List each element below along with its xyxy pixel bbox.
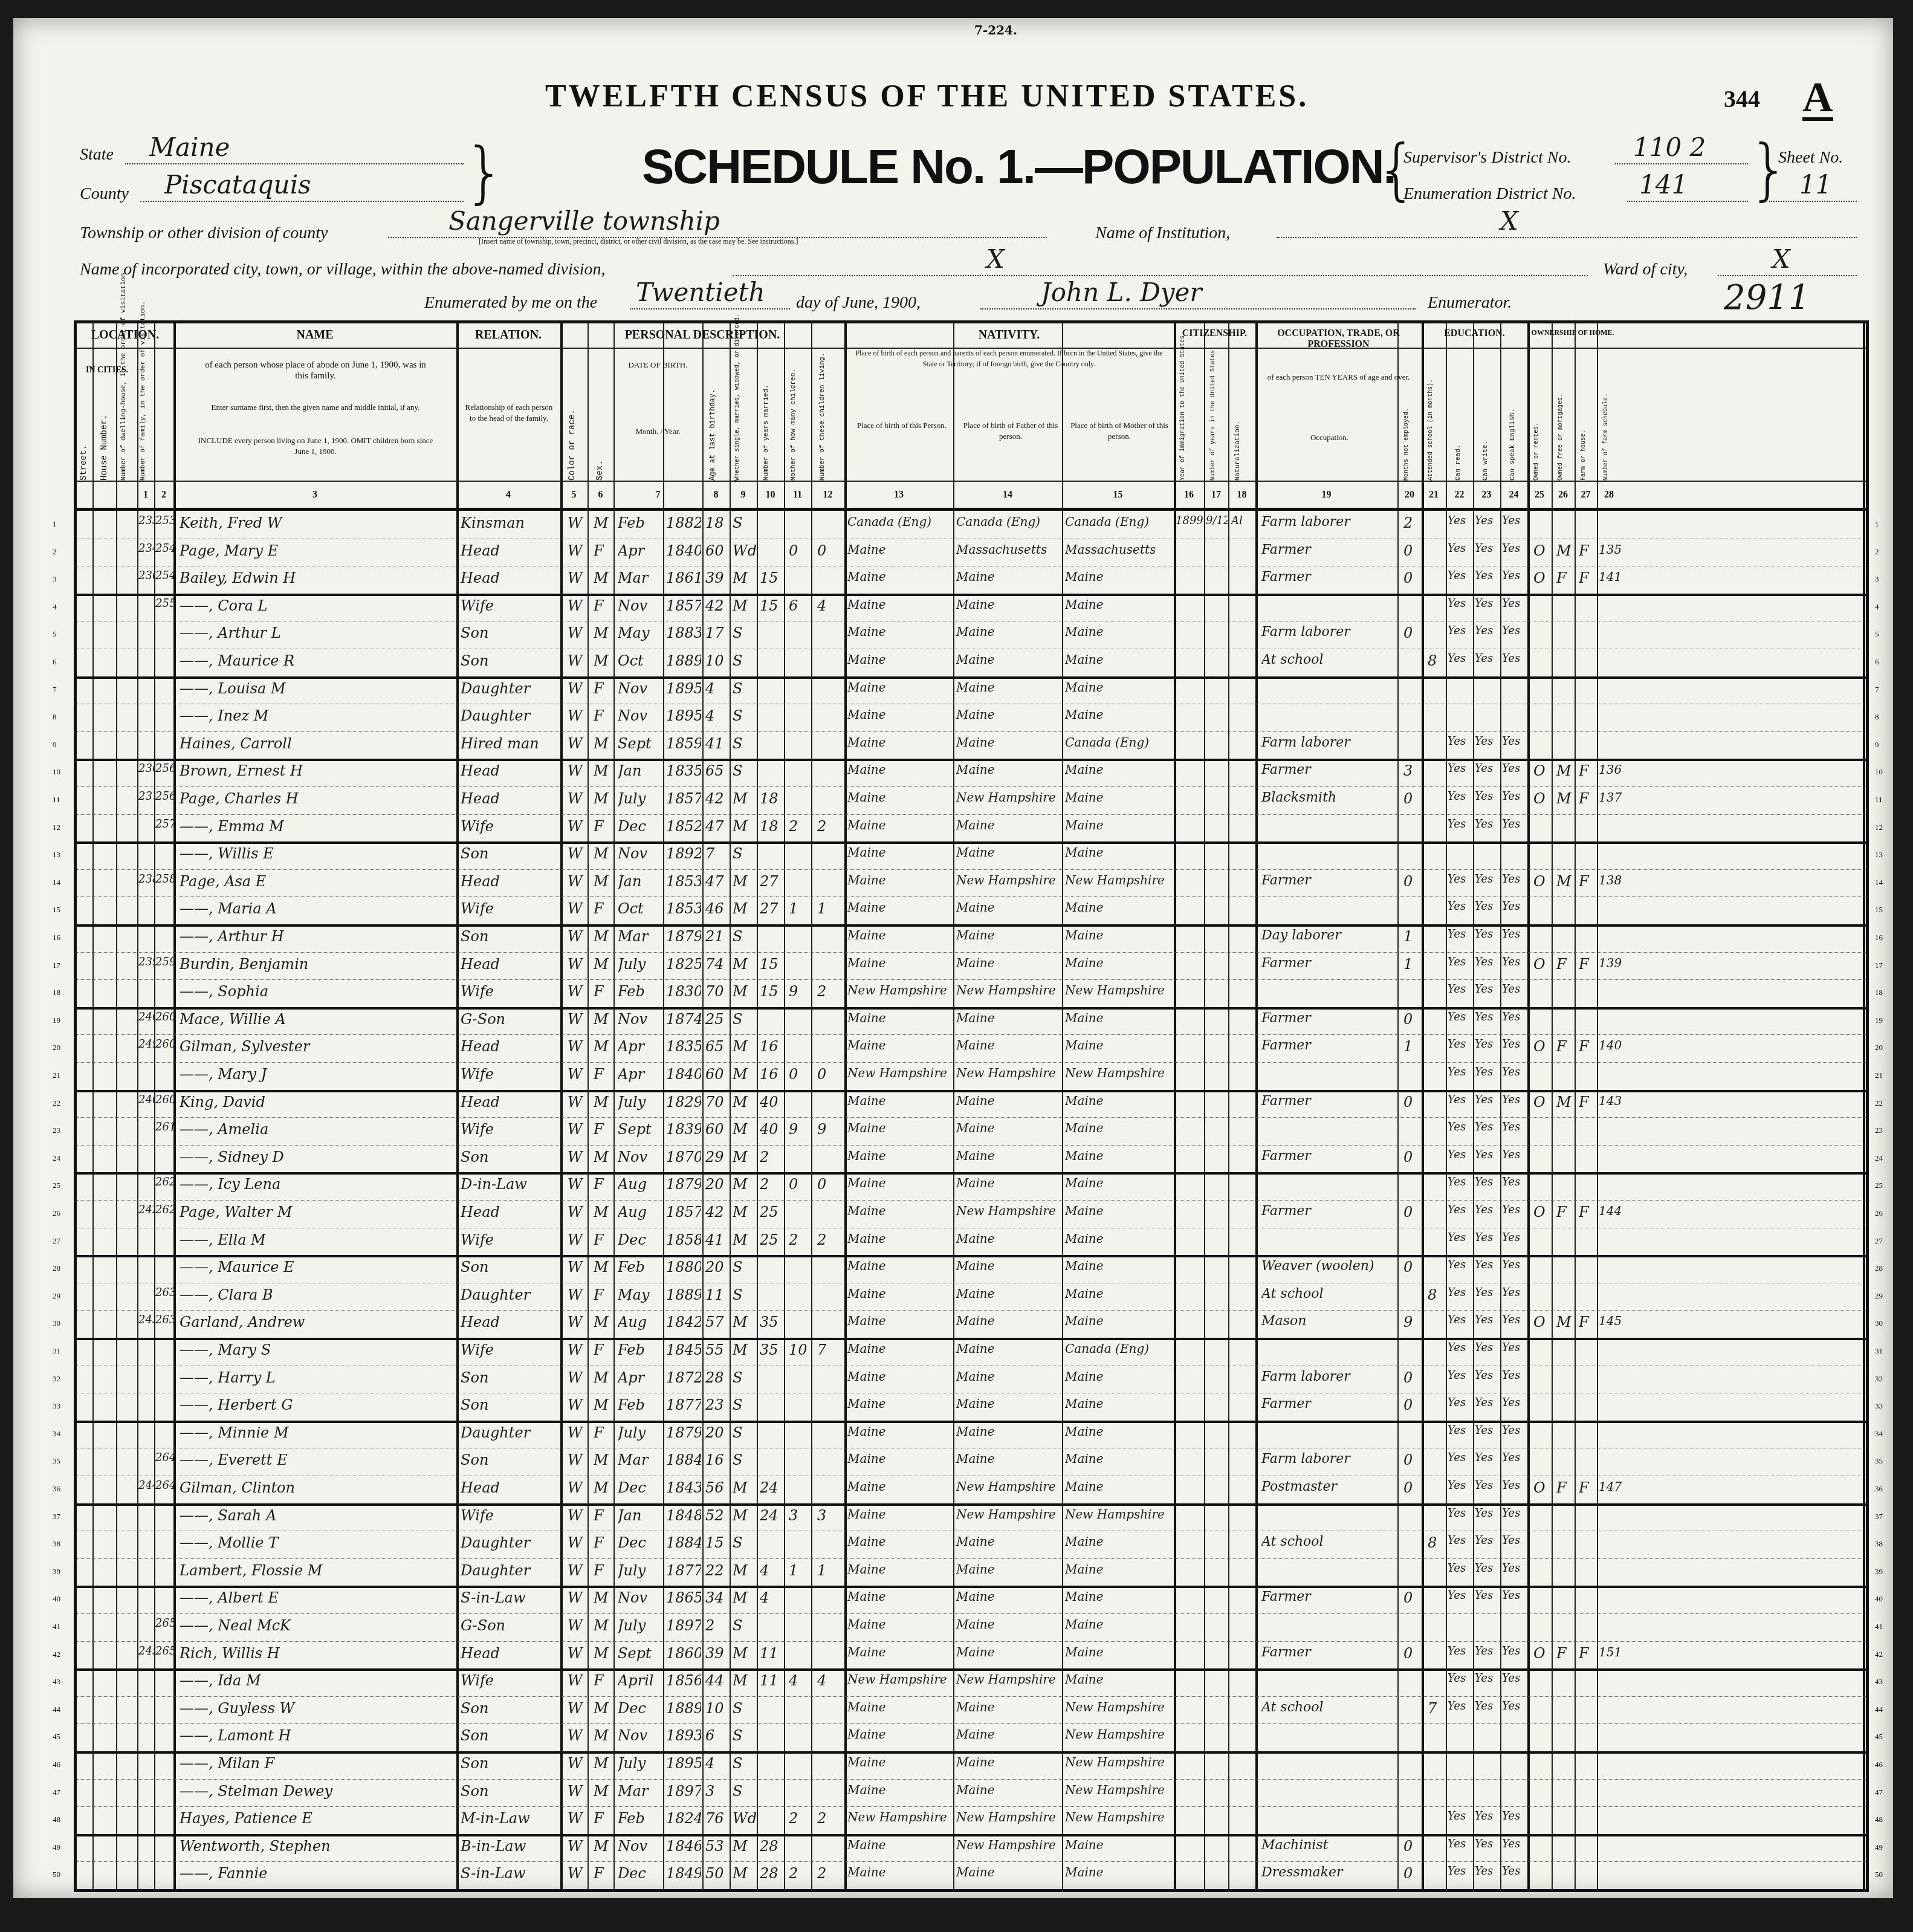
speaks-english: Yes bbox=[1502, 1507, 1526, 1520]
table-row: 29 263 ——, Clara B Daughter W F May 1889… bbox=[77, 1283, 1866, 1311]
speaks-english: Yes bbox=[1502, 1176, 1526, 1188]
census-table: LOCATION. IN CITIES. NAME of each person… bbox=[74, 320, 1869, 1892]
age: 11 bbox=[705, 1286, 730, 1303]
institution-label: Name of Institution, bbox=[1095, 224, 1230, 243]
table-row: 18 ——, Sophia Wife W F Feb 1830 70 M 15 … bbox=[77, 979, 1866, 1010]
farm-schedule-number: 151 bbox=[1599, 1645, 1623, 1659]
race: W bbox=[568, 1645, 586, 1662]
owned-rented: O bbox=[1533, 873, 1550, 890]
can-write: Yes bbox=[1475, 1121, 1499, 1133]
birthplace-father: Maine bbox=[956, 928, 1060, 942]
age: 20 bbox=[705, 1176, 730, 1193]
colnum-16: 16 bbox=[1174, 490, 1204, 501]
line-number-right: 3 bbox=[1875, 574, 1879, 584]
birthplace-father: Maine bbox=[956, 1424, 1060, 1439]
occupation: At school bbox=[1261, 1700, 1396, 1715]
speaks-english: Yes bbox=[1502, 1121, 1526, 1133]
colnum-19: 19 bbox=[1255, 490, 1397, 501]
can-write: Yes bbox=[1475, 1672, 1499, 1685]
line-number-right: 9 bbox=[1875, 740, 1879, 750]
race: W bbox=[568, 1396, 586, 1413]
relation: Head bbox=[461, 762, 557, 779]
years-married: 27 bbox=[760, 873, 784, 890]
marital-status: Wd bbox=[733, 542, 757, 559]
family-number: 254 bbox=[155, 569, 173, 582]
line-number-right: 20 bbox=[1875, 1043, 1883, 1052]
free-mortgaged: M bbox=[1556, 1314, 1573, 1331]
mother-children: 6 bbox=[789, 597, 810, 614]
person-name: ——, Sophia bbox=[180, 983, 455, 1000]
sex: M bbox=[594, 514, 612, 531]
person-name: Lambert, Flossie M bbox=[180, 1562, 455, 1579]
name-instr1: Enter surname first, then the given name… bbox=[192, 402, 439, 413]
speaks-english: Yes bbox=[1502, 873, 1526, 886]
header-nativity: NATIVITY. bbox=[844, 328, 1174, 342]
enumerator-label: Enumerator. bbox=[1428, 293, 1512, 313]
line-number: 47 bbox=[53, 1788, 60, 1797]
col26-label: Owned free or mortgaged. bbox=[1558, 360, 1564, 481]
birthplace-person: Maine bbox=[847, 818, 951, 832]
can-read: Yes bbox=[1448, 542, 1472, 555]
birthplace-person: Maine bbox=[847, 1507, 951, 1522]
age: 76 bbox=[705, 1810, 730, 1827]
mother-children: 2 bbox=[789, 1865, 810, 1882]
birthplace-father: Maine bbox=[956, 1451, 1060, 1466]
years-married: 4 bbox=[760, 1589, 784, 1606]
col15-label: Place of birth of Mother of this person. bbox=[1068, 420, 1171, 442]
line-number: 4 bbox=[53, 602, 57, 612]
line-number-right: 18 bbox=[1875, 988, 1883, 997]
birth-year: 1853 bbox=[666, 900, 701, 917]
can-read: Yes bbox=[1448, 597, 1472, 610]
birth-year: 1830 bbox=[666, 983, 701, 1000]
table-row: 23 261 ——, Amelia Wife W F Sept 1839 60 … bbox=[77, 1117, 1866, 1146]
line-number-right: 4 bbox=[1875, 602, 1879, 612]
person-name: ——, Sidney D bbox=[180, 1149, 455, 1165]
line-number-right: 37 bbox=[1875, 1512, 1883, 1522]
header-occupation: OCCUPATION, TRADE, OR PROFESSION bbox=[1255, 328, 1422, 350]
birthplace-father: New Hampshire bbox=[956, 1066, 1060, 1080]
can-write: Yes bbox=[1475, 818, 1499, 831]
race: W bbox=[568, 762, 586, 779]
line-number: 13 bbox=[53, 850, 60, 860]
table-row: 14 238 258 Page, Asa E Head W M Jan 1853… bbox=[77, 869, 1866, 898]
marital-status: S bbox=[733, 1783, 757, 1800]
birth-month: Dec bbox=[618, 1231, 661, 1248]
can-write: Yes bbox=[1475, 1259, 1499, 1271]
months-not-employed: 0 bbox=[1403, 1011, 1420, 1028]
age: 53 bbox=[705, 1838, 730, 1855]
race: W bbox=[568, 1066, 586, 1083]
birthplace-person: Maine bbox=[847, 1479, 951, 1494]
person-name: Page, Walter M bbox=[180, 1204, 455, 1220]
census-page: 7-224. TWELFTH CENSUS OF THE UNITED STAT… bbox=[13, 18, 1893, 1898]
person-name: Hayes, Patience E bbox=[180, 1810, 455, 1827]
line-number: 50 bbox=[53, 1870, 60, 1879]
line-number: 3 bbox=[53, 574, 57, 584]
marital-status: M bbox=[733, 1066, 757, 1083]
family-number: 256 bbox=[155, 762, 173, 775]
relation: Head bbox=[461, 956, 557, 973]
birthplace-mother: Maine bbox=[1065, 1589, 1173, 1604]
months-not-employed: 0 bbox=[1403, 1259, 1420, 1276]
birth-year: 1870 bbox=[666, 1149, 701, 1165]
col18-label: Naturalization. bbox=[1234, 384, 1241, 481]
birth-year: 1877 bbox=[666, 1396, 701, 1413]
line-number-right: 50 bbox=[1875, 1870, 1883, 1879]
speaks-english: Yes bbox=[1502, 542, 1526, 555]
line-number-right: 12 bbox=[1875, 823, 1883, 832]
can-read: Yes bbox=[1448, 1231, 1472, 1244]
table-row: 44 ——, Guyless W Son W M Dec 1889 10 S M… bbox=[77, 1696, 1866, 1725]
months-not-employed: 0 bbox=[1403, 790, 1420, 807]
marital-status: S bbox=[733, 1727, 757, 1744]
can-write: Yes bbox=[1475, 790, 1499, 803]
can-read: Yes bbox=[1448, 818, 1472, 831]
birth-year: 1879 bbox=[666, 928, 701, 945]
birth-month: Apr bbox=[618, 1066, 661, 1083]
birth-year: 1897 bbox=[666, 1783, 701, 1800]
dwelling-number: 236 bbox=[138, 762, 154, 775]
birth-year: 1883 bbox=[666, 624, 701, 641]
person-name: ——, Amelia bbox=[180, 1121, 455, 1138]
speaks-english: Yes bbox=[1502, 1865, 1526, 1878]
enumerated-prefix: Enumerated by me on the bbox=[424, 293, 597, 313]
birth-year: 1884 bbox=[666, 1534, 701, 1551]
line-number: 38 bbox=[53, 1539, 60, 1549]
can-write: Yes bbox=[1475, 956, 1499, 968]
sex: F bbox=[594, 1562, 612, 1579]
occupation: Farmer bbox=[1261, 1589, 1396, 1604]
enumerated-suffix: day of June, 1900, bbox=[796, 293, 921, 313]
speaks-english: Yes bbox=[1502, 1286, 1526, 1299]
relation-desc: Relationship of each person to the head … bbox=[464, 402, 554, 424]
birthplace-mother: Maine bbox=[1065, 569, 1173, 584]
township-label: Township or other division of county bbox=[80, 224, 328, 243]
race: W bbox=[568, 624, 586, 641]
county-field: Piscataquis bbox=[140, 177, 464, 202]
can-read: Yes bbox=[1448, 1094, 1472, 1106]
age: 16 bbox=[705, 1451, 730, 1468]
birthplace-father: New Hampshire bbox=[956, 1204, 1060, 1218]
birth-month: July bbox=[618, 1094, 661, 1110]
can-read: Yes bbox=[1448, 1810, 1472, 1823]
birthplace-mother: Maine bbox=[1065, 624, 1173, 639]
birthplace-father: Maine bbox=[956, 845, 1060, 860]
years-married: 2 bbox=[760, 1149, 784, 1165]
race: W bbox=[568, 818, 586, 835]
birthplace-person: Maine bbox=[847, 1396, 951, 1411]
family-number: 263 bbox=[155, 1314, 173, 1326]
birthplace-person: Maine bbox=[847, 1865, 951, 1879]
birthplace-mother: Maine bbox=[1065, 1038, 1173, 1052]
children-living: 9 bbox=[817, 1121, 841, 1138]
school-months: 8 bbox=[1428, 1286, 1445, 1303]
birthplace-mother: Maine bbox=[1065, 1424, 1173, 1439]
line-number: 28 bbox=[53, 1263, 60, 1273]
marital-status: M bbox=[733, 1589, 757, 1606]
marital-status: Wd bbox=[733, 1810, 757, 1827]
table-row: 46 ——, Milan F Son W M July 1895 4 S Mai… bbox=[77, 1751, 1866, 1780]
can-write: Yes bbox=[1475, 735, 1499, 748]
birth-year: 1840 bbox=[666, 542, 701, 559]
can-write: Yes bbox=[1475, 1369, 1499, 1382]
farm-schedule-number: 139 bbox=[1599, 956, 1623, 970]
race: W bbox=[568, 1149, 586, 1165]
speaks-english: Yes bbox=[1502, 735, 1526, 748]
line-number: 16 bbox=[53, 933, 60, 942]
birthplace-person: Maine bbox=[847, 1204, 951, 1218]
children-living: 0 bbox=[817, 542, 841, 559]
person-name: ——, Mary J bbox=[180, 1066, 455, 1083]
speaks-english: Yes bbox=[1502, 1810, 1526, 1823]
age: 3 bbox=[705, 1783, 730, 1800]
years-in-us: 9/12 bbox=[1206, 514, 1228, 527]
can-write: Yes bbox=[1475, 1149, 1499, 1161]
table-row: 36 244 264 Gilman, Clinton Head W M Dec … bbox=[77, 1476, 1866, 1506]
age: 47 bbox=[705, 873, 730, 890]
relation: Head bbox=[461, 1038, 557, 1055]
relation: Head bbox=[461, 1204, 557, 1220]
state-field: Maine bbox=[125, 139, 464, 164]
person-name: ——, Mollie T bbox=[180, 1534, 455, 1551]
colnum-15: 15 bbox=[1062, 490, 1174, 501]
marital-status: S bbox=[733, 762, 757, 779]
birth-month: Feb bbox=[618, 514, 661, 531]
line-number-right: 21 bbox=[1875, 1071, 1883, 1080]
age: 39 bbox=[705, 1645, 730, 1662]
age: 65 bbox=[705, 762, 730, 779]
race: W bbox=[568, 1451, 586, 1468]
colnum-18: 18 bbox=[1228, 490, 1255, 501]
line-number-right: 16 bbox=[1875, 933, 1883, 942]
birthplace-father: Maine bbox=[956, 1727, 1060, 1742]
months-not-employed: 0 bbox=[1403, 1396, 1420, 1413]
race: W bbox=[568, 1286, 586, 1303]
children-living: 2 bbox=[817, 1810, 841, 1827]
can-read: Yes bbox=[1448, 735, 1472, 748]
table-row: 19 240 260 Mace, Willie A G-Son W M Nov … bbox=[77, 1007, 1866, 1036]
occupation: Farmer bbox=[1261, 1645, 1396, 1660]
colnum-21: 21 bbox=[1422, 490, 1446, 501]
state-label: State bbox=[80, 145, 114, 164]
occupation: Farm laborer bbox=[1261, 735, 1396, 750]
speaks-english: Yes bbox=[1502, 1700, 1526, 1713]
stamp-number: 2911 bbox=[1724, 278, 1810, 317]
occupation: Farmer bbox=[1261, 1204, 1396, 1219]
relation: Daughter bbox=[461, 1286, 557, 1303]
years-married: 27 bbox=[760, 900, 784, 917]
speaks-english: Yes bbox=[1502, 818, 1526, 831]
children-living: 7 bbox=[817, 1341, 841, 1358]
birthplace-person: Maine bbox=[847, 624, 951, 639]
line-number: 25 bbox=[53, 1181, 60, 1190]
birthplace-father: Maine bbox=[956, 597, 1060, 612]
months-not-employed: 0 bbox=[1403, 1451, 1420, 1468]
colnum-25: 25 bbox=[1527, 490, 1552, 501]
marital-status: M bbox=[733, 597, 757, 614]
line-number: 41 bbox=[53, 1622, 60, 1632]
colnum-24: 24 bbox=[1500, 490, 1527, 501]
race: W bbox=[568, 1700, 586, 1717]
age: 21 bbox=[705, 928, 730, 945]
col13-label: Place of birth of this Person. bbox=[850, 420, 953, 431]
line-number-right: 8 bbox=[1875, 712, 1879, 722]
birth-year: 1895 bbox=[666, 707, 701, 724]
relation: Son bbox=[461, 1149, 557, 1165]
line-number-right: 17 bbox=[1875, 961, 1883, 970]
mother-children: 9 bbox=[789, 1121, 810, 1138]
occupation: Farmer bbox=[1261, 569, 1396, 585]
months-not-employed: 0 bbox=[1403, 1645, 1420, 1662]
township-field: Sangerville township bbox=[388, 213, 1047, 238]
birthplace-mother: New Hampshire bbox=[1065, 1810, 1173, 1824]
occupation: Day laborer bbox=[1261, 928, 1396, 943]
race: W bbox=[568, 1838, 586, 1855]
ward-field: X bbox=[1718, 251, 1857, 276]
race: W bbox=[568, 900, 586, 917]
birthplace-person: Maine bbox=[847, 1645, 951, 1659]
line-number-right: 30 bbox=[1875, 1318, 1883, 1328]
birthplace-person: Maine bbox=[847, 1700, 951, 1714]
birthplace-father: New Hampshire bbox=[956, 1838, 1060, 1852]
birthplace-mother: Maine bbox=[1065, 1534, 1173, 1549]
school-months: 8 bbox=[1428, 1534, 1445, 1551]
birthplace-person: Maine bbox=[847, 873, 951, 887]
col19-label: Occupation. bbox=[1261, 432, 1397, 443]
can-write: Yes bbox=[1475, 900, 1499, 913]
birth-year: 1877 bbox=[666, 1562, 701, 1579]
free-mortgaged: F bbox=[1556, 1204, 1573, 1220]
colnum-28: 28 bbox=[1597, 490, 1621, 501]
can-write: Yes bbox=[1475, 1011, 1499, 1023]
line-number-right: 24 bbox=[1875, 1153, 1883, 1163]
can-read: Yes bbox=[1448, 762, 1472, 775]
can-write: Yes bbox=[1475, 762, 1499, 775]
table-row: 22 240 260 King, David Head W M July 182… bbox=[77, 1090, 1866, 1118]
birth-month: Dec bbox=[618, 1865, 661, 1882]
relation: Wife bbox=[461, 1121, 557, 1138]
birth-year: 1889 bbox=[666, 1700, 701, 1717]
birthplace-mother: Maine bbox=[1065, 1149, 1173, 1163]
birthplace-father: Maine bbox=[956, 1617, 1060, 1632]
birth-year: 1824 bbox=[666, 1810, 701, 1827]
farm-house: F bbox=[1579, 1038, 1596, 1055]
speaks-english: Yes bbox=[1502, 762, 1526, 775]
occupation: Farmer bbox=[1261, 1011, 1396, 1026]
speaks-english: Yes bbox=[1502, 652, 1526, 665]
race: W bbox=[568, 652, 586, 669]
birthplace-person: Maine bbox=[847, 680, 951, 695]
table-row: 50 ——, Fannie S-in-Law W F Dec 1849 50 M… bbox=[77, 1861, 1866, 1891]
birthplace-father: Maine bbox=[956, 1176, 1060, 1190]
speaks-english: Yes bbox=[1502, 983, 1526, 996]
sex: M bbox=[594, 845, 612, 862]
relation: Son bbox=[461, 928, 557, 945]
occupation: Farmer bbox=[1261, 1149, 1396, 1164]
dwelling-number: 237 bbox=[138, 790, 154, 803]
birthplace-mother: Maine bbox=[1065, 1396, 1173, 1411]
birth-month: July bbox=[618, 790, 661, 807]
birthplace-mother: Maine bbox=[1065, 900, 1173, 915]
table-row: 45 ——, Lamont H Son W M Nov 1893 6 S Mai… bbox=[77, 1723, 1866, 1754]
line-number: 5 bbox=[53, 629, 57, 639]
line-number: 35 bbox=[53, 1456, 60, 1466]
birth-year: 1840 bbox=[666, 1066, 701, 1083]
years-married: 15 bbox=[760, 956, 784, 973]
sex: F bbox=[594, 542, 612, 559]
person-name: ——, Inez M bbox=[180, 707, 455, 724]
race: W bbox=[568, 707, 586, 724]
can-read: Yes bbox=[1448, 1259, 1472, 1271]
birth-year: 1865 bbox=[666, 1589, 701, 1606]
race: W bbox=[568, 569, 586, 586]
line-number-right: 36 bbox=[1875, 1484, 1883, 1494]
col5-label: Color or race. bbox=[568, 396, 577, 481]
can-read: Yes bbox=[1448, 1038, 1472, 1051]
birthplace-person: Maine bbox=[847, 735, 951, 750]
farm-house: F bbox=[1579, 1204, 1596, 1220]
marital-status: S bbox=[733, 680, 757, 697]
marital-status: S bbox=[733, 624, 757, 641]
person-name: ——, Everett E bbox=[180, 1451, 455, 1468]
speaks-english: Yes bbox=[1502, 514, 1526, 527]
birth-year: 1845 bbox=[666, 1341, 701, 1358]
can-write: Yes bbox=[1475, 1810, 1499, 1823]
birthplace-person: Maine bbox=[847, 1314, 951, 1328]
speaks-english: Yes bbox=[1502, 1838, 1526, 1850]
relation: Hired man bbox=[461, 735, 557, 752]
race: W bbox=[568, 873, 586, 890]
can-read: Yes bbox=[1448, 1865, 1472, 1878]
farm-house: F bbox=[1579, 873, 1596, 890]
birthplace-mother: Maine bbox=[1065, 1865, 1173, 1879]
person-name: ——, Arthur H bbox=[180, 928, 455, 945]
marital-status: S bbox=[733, 1617, 757, 1634]
header-relation: RELATION. bbox=[456, 328, 560, 342]
birthplace-person: Maine bbox=[847, 900, 951, 915]
table-row: 37 ——, Sarah A Wife W F Jan 1848 52 M 24… bbox=[77, 1503, 1866, 1532]
can-write: Yes bbox=[1475, 1396, 1499, 1409]
line-number-right: 46 bbox=[1875, 1760, 1883, 1769]
line-number-right: 5 bbox=[1875, 629, 1879, 639]
age: 10 bbox=[705, 652, 730, 669]
sex: F bbox=[594, 1231, 612, 1248]
months-not-employed: 1 bbox=[1403, 928, 1420, 945]
age: 41 bbox=[705, 735, 730, 752]
family-number: 254 bbox=[155, 542, 173, 555]
birthplace-mother: New Hampshire bbox=[1065, 1755, 1173, 1769]
marital-status: S bbox=[733, 652, 757, 669]
birthplace-mother: Maine bbox=[1065, 1259, 1173, 1273]
can-write: Yes bbox=[1475, 928, 1499, 941]
birthplace-father: New Hampshire bbox=[956, 983, 1060, 997]
farm-house: F bbox=[1579, 1314, 1596, 1331]
birthplace-father: Maine bbox=[956, 1700, 1060, 1714]
birth-month: Dec bbox=[618, 1479, 661, 1496]
line-number: 39 bbox=[53, 1567, 60, 1577]
months-not-employed: 1 bbox=[1403, 1038, 1420, 1055]
line-number: 8 bbox=[53, 712, 57, 722]
sex: F bbox=[594, 597, 612, 614]
colnum-2: 2 bbox=[154, 490, 173, 501]
birthplace-person: Maine bbox=[847, 1424, 951, 1439]
table-row: 39 Lambert, Flossie M Daughter W F July … bbox=[77, 1558, 1866, 1589]
birth-month: Nov bbox=[618, 1589, 661, 1606]
can-read: Yes bbox=[1448, 1700, 1472, 1713]
line-number-right: 41 bbox=[1875, 1622, 1883, 1632]
birth-month: Nov bbox=[618, 707, 661, 724]
